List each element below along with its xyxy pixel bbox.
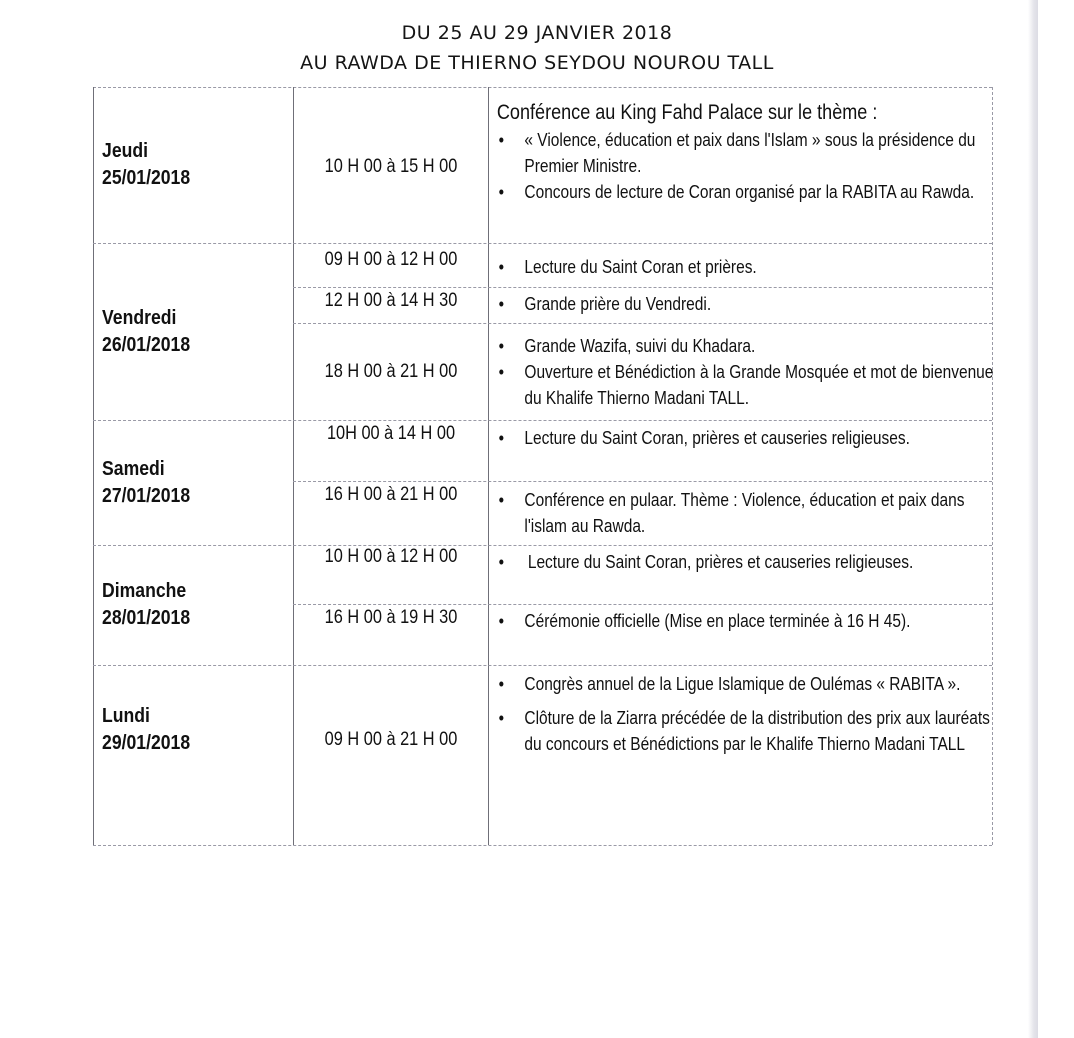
day-name: Dimanche [102, 578, 269, 605]
bullet-icon: • [499, 359, 504, 385]
activity-item: •Conférence en pulaar. Thème : Violence,… [495, 487, 994, 539]
activity-cell: •Conférence en pulaar. Thème : Violence,… [490, 487, 994, 539]
activity-item: •Cérémonie officielle (Mise en place ter… [495, 608, 994, 634]
day-date: 28/01/2018 [102, 605, 269, 632]
activity-item: •Lecture du Saint Coran et prières. [495, 254, 994, 280]
activity-cell-jeudi: Conférence au King Fahd Palace sur le th… [490, 99, 994, 205]
bullet-icon: • [499, 333, 504, 359]
day-name: Jeudi [102, 138, 269, 165]
bullet-icon: • [499, 127, 504, 153]
day-cell-samedi: Samedi 27/01/2018 [95, 420, 269, 545]
page-margin [1038, 0, 1074, 1038]
header-location: AU RAWDA DE THIERNO SEYDOU NOUROU TALL [0, 52, 1074, 74]
activity-item: •Ouverture et Bénédiction à la Grande Mo… [495, 359, 994, 411]
day-date: 25/01/2018 [102, 165, 269, 192]
time-slot: 10 H 00 à 15 H 00 [308, 87, 475, 247]
column-divider-activity [488, 87, 489, 845]
bullet-icon: • [499, 671, 504, 697]
time-slot: 09 H 00 à 12 H 00 [308, 247, 475, 287]
day-cell-vendredi: Vendredi 26/01/2018 [95, 243, 269, 420]
table-border-left [93, 87, 94, 845]
bullet-icon: • [499, 705, 504, 731]
activity-cell: •Lecture du Saint Coran, prières et caus… [490, 549, 994, 575]
bullet-icon: • [499, 487, 504, 513]
activity-item: •Clôture de la Ziarra précédée de la dis… [495, 705, 994, 757]
activity-item: •Grande prière du Vendredi. [495, 291, 994, 317]
activity-cell-lundi: •Congrès annuel de la Ligue Islamique de… [490, 671, 994, 757]
time-slot: 16 H 00 à 21 H 00 [308, 482, 475, 545]
activity-item: •Concours de lecture de Coran organisé p… [495, 179, 994, 205]
activity-item: •Lecture du Saint Coran, prières et caus… [495, 425, 994, 451]
time-slot: 10H 00 à 14 H 00 [308, 421, 475, 481]
schedule-table: Jeudi 25/01/2018 Vendredi 26/01/2018 Sam… [93, 87, 992, 845]
bullet-icon: • [499, 179, 504, 205]
activity-item: •Grande Wazifa, suivi du Khadara. [495, 333, 994, 359]
activity-cell: •Lecture du Saint Coran et prières. [490, 254, 994, 280]
activity-cell: •Grande Wazifa, suivi du Khadara. •Ouver… [490, 333, 994, 411]
bullet-icon: • [499, 425, 504, 451]
table-border-bottom [93, 845, 992, 846]
bullet-icon: • [499, 549, 504, 575]
time-slot: 18 H 00 à 21 H 00 [308, 323, 475, 420]
time-slot: 12 H 00 à 14 H 30 [308, 288, 475, 323]
page-edge-shadow [1028, 0, 1038, 1038]
day-name: Vendredi [102, 305, 269, 332]
bullet-icon: • [499, 254, 504, 280]
activity-item: •« Violence, éducation et paix dans l'Is… [495, 127, 994, 179]
day-date: 27/01/2018 [102, 483, 269, 510]
column-divider-time [293, 87, 294, 845]
time-slot: 09 H 00 à 21 H 00 [308, 665, 475, 815]
bullet-icon: • [499, 291, 504, 317]
day-cell-jeudi: Jeudi 25/01/2018 [95, 87, 269, 243]
activity-cell: •Lecture du Saint Coran, prières et caus… [490, 425, 994, 451]
activity-item: •Lecture du Saint Coran, prières et caus… [495, 549, 994, 575]
time-slot: 10 H 00 à 12 H 00 [308, 544, 475, 604]
day-name: Samedi [102, 456, 269, 483]
time-slot: 16 H 00 à 19 H 30 [308, 605, 475, 665]
day-cell-dimanche: Dimanche 28/01/2018 [95, 545, 269, 665]
day-date: 29/01/2018 [102, 730, 269, 757]
activity-cell: •Cérémonie officielle (Mise en place ter… [490, 608, 994, 634]
activity-intro: Conférence au King Fahd Palace sur le th… [495, 99, 994, 127]
activity-item: •Congrès annuel de la Ligue Islamique de… [495, 671, 994, 697]
header-dates: DU 25 AU 29 JANVIER 2018 [0, 22, 1074, 44]
bullet-icon: • [499, 608, 504, 634]
activity-cell: •Grande prière du Vendredi. [490, 291, 994, 317]
day-cell-lundi: Lundi 29/01/2018 [95, 665, 269, 795]
day-date: 26/01/2018 [102, 332, 269, 359]
day-name: Lundi [102, 703, 269, 730]
